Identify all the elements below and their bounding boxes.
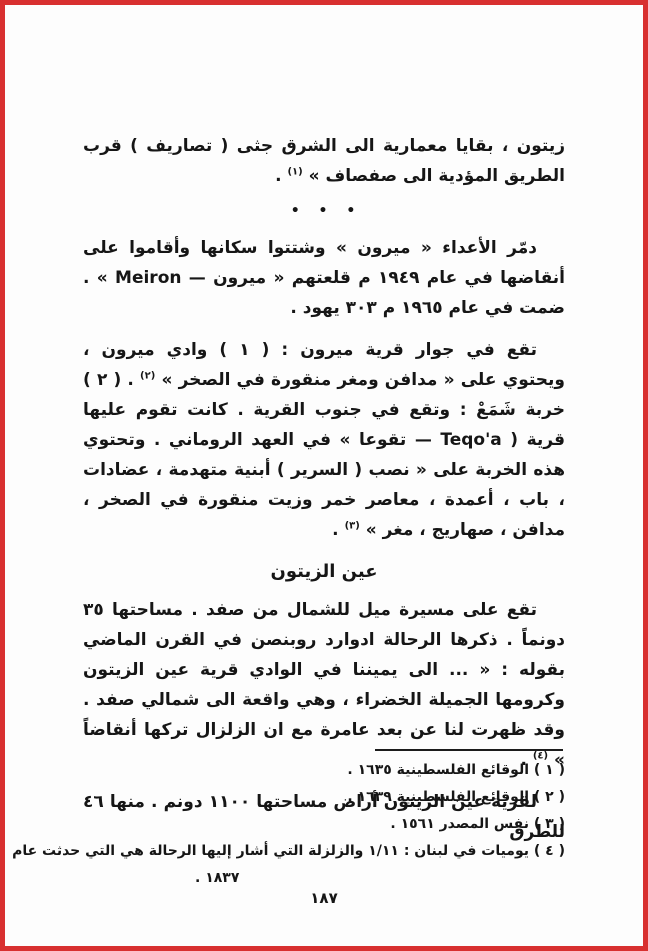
footnote-4-continuation: ١٨٣٧ .: [87, 865, 565, 892]
footnote-1: ( ١ ) الوقائع الفلسطينية ١٦٣٥ .: [87, 757, 565, 784]
section-heading: عين الزيتون: [83, 561, 565, 582]
footnote-ref: (١): [287, 166, 302, 177]
footnote-3: ( ٣ ) نفس المصدر ١٥٦١ .: [87, 811, 565, 838]
paragraph-meiron-surroundings: تقع في جوار قرية ميرون : ( ١ ) وادي ميرو…: [83, 335, 565, 545]
footnote-divider: [375, 749, 563, 751]
footnote-text: الوقائع الفلسطينية ١٦٣٥ .: [347, 762, 529, 778]
footnote-marker: ( ٣ ): [534, 816, 565, 832]
footnote-text: نفس المصدر ١٥٦١ .: [390, 816, 529, 832]
paragraph-ein-zeitun-description: تقع على مسيرة ميل للشمال من صفد . مساحته…: [83, 595, 565, 775]
footnote-marker: ( ٢ ): [534, 789, 565, 805]
footnote-ref: (٢): [140, 370, 155, 381]
footnote-2: ( ٢ ) الوقائع الفلسطينية ١٦٣٩ .: [87, 784, 565, 811]
footnote-text: الوقائع الفلسطينية ١٦٣٩ .: [347, 789, 529, 805]
footnotes: ( ١ ) الوقائع الفلسطينية ١٦٣٥ . ( ٢ ) ال…: [87, 757, 565, 892]
footnote-marker: ( ٤ ): [534, 843, 565, 859]
paragraph-continuation: زيتون ، بقايا معمارية الى الشرق جثى ( تص…: [83, 131, 565, 191]
section-break-dots: • • •: [83, 203, 565, 219]
footnote-4: ( ٤ ) يوميات في لبنان : ١/١١ والزلزلة ال…: [87, 838, 565, 865]
page-number: ١٨٧: [5, 889, 643, 907]
footnote-text: يوميات في لبنان : ١/١١ والزلزلة التي أشا…: [12, 843, 529, 859]
paragraph-meiron-destroyed: دمّر الأعداء « ميرون » وشتتوا سكانها وأق…: [83, 233, 565, 323]
footnote-marker: ( ١ ): [534, 762, 565, 778]
footnote-ref: (٣): [345, 520, 360, 531]
book-page: زيتون ، بقايا معمارية الى الشرق جثى ( تص…: [0, 0, 648, 951]
